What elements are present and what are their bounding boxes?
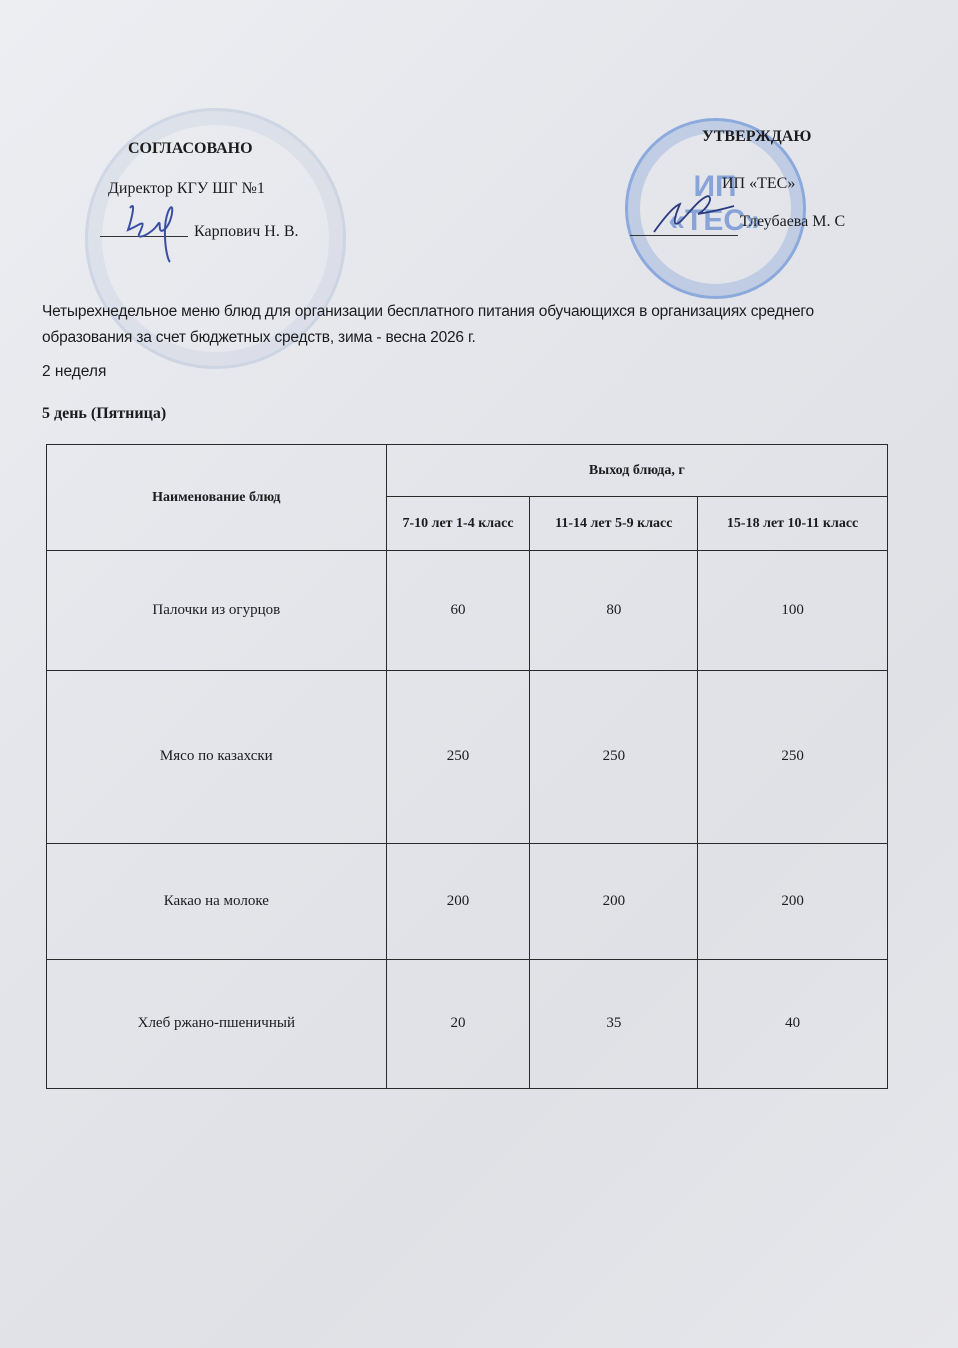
dish-yield: 35: [530, 959, 698, 1088]
approval-agreed-name: Карпович Н. В.: [194, 223, 299, 241]
header-yield: Выход блюда, г: [386, 445, 887, 497]
table-row: Мясо по казахски 250 250 250: [47, 671, 888, 843]
signature-left-icon: [122, 188, 192, 268]
day-label: 5 день (Пятница): [42, 405, 166, 423]
table-row: Какао на молоке 200 200 200: [47, 843, 888, 959]
dish-name: Какао на молоке: [47, 843, 387, 959]
approval-agreed-title: СОГЛАСОВАНО: [128, 140, 253, 158]
approval-approved-title: УТВЕРЖДАЮ: [702, 128, 811, 146]
menu-table: Наименование блюд Выход блюда, г 7-10 ле…: [46, 444, 888, 1089]
dish-yield: 250: [698, 671, 888, 843]
dish-name: Мясо по казахски: [47, 671, 387, 843]
dish-name: Палочки из огурцов: [47, 551, 387, 671]
dish-yield: 200: [698, 843, 888, 959]
document-intro: Четырехнедельное меню блюд для организац…: [42, 299, 892, 351]
dish-yield: 250: [530, 671, 698, 843]
signature-right-icon: [650, 188, 740, 238]
dish-yield: 200: [530, 843, 698, 959]
dish-yield: 200: [386, 843, 530, 959]
dish-name: Хлеб ржано-пшеничный: [47, 959, 387, 1088]
week-label: 2 неделя: [42, 363, 106, 381]
dish-yield: 60: [386, 551, 530, 671]
header-age-group: 11-14 лет 5-9 класс: [530, 497, 698, 551]
header-age-group: 15-18 лет 10-11 класс: [698, 497, 888, 551]
dish-yield: 80: [530, 551, 698, 671]
header-age-group: 7-10 лет 1-4 класс: [386, 497, 530, 551]
table-row: Хлеб ржано-пшеничный 20 35 40: [47, 959, 888, 1088]
dish-yield: 40: [698, 959, 888, 1088]
dish-yield: 20: [386, 959, 530, 1088]
header-dish-name: Наименование блюд: [47, 445, 387, 551]
dish-yield: 250: [386, 671, 530, 843]
approval-approved-name: Тлеубаева М. С: [740, 213, 845, 231]
table-row: Палочки из огурцов 60 80 100: [47, 551, 888, 671]
dish-yield: 100: [698, 551, 888, 671]
